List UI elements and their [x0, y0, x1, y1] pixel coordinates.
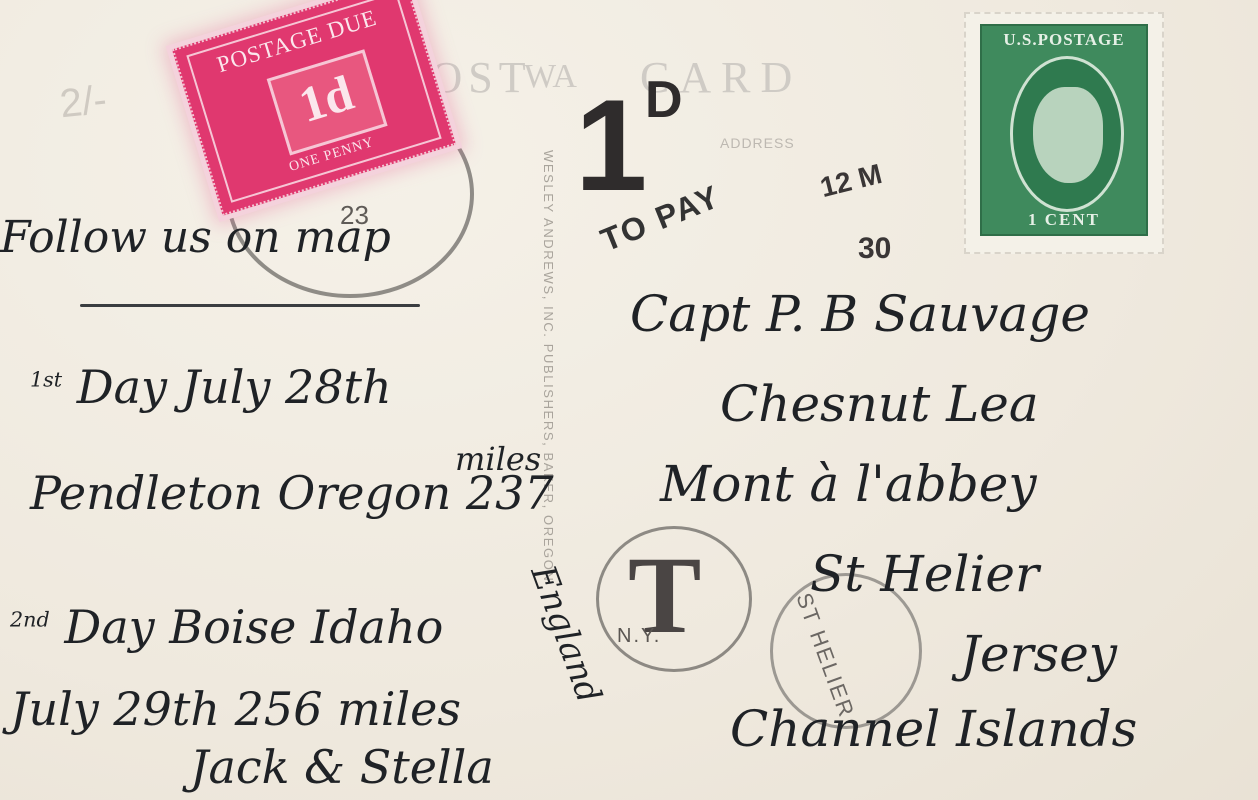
message-signature: Jack & Stella	[190, 740, 494, 794]
underline-divider	[80, 304, 420, 307]
us-stamp-value: 1 CENT	[982, 210, 1146, 230]
postage-due-value: 1d	[272, 57, 381, 141]
pencil-price-note: 2/-	[58, 78, 109, 128]
message-line-2: 1st Day July 28th	[30, 360, 392, 414]
printed-address-label: ADDRESS	[720, 135, 795, 151]
message-line-3: Pendleton Oregon 237	[30, 466, 554, 520]
address-country: England	[522, 560, 609, 708]
publisher-logo-icon: WA	[524, 58, 577, 96]
message-line-5: July 29th 256 miles	[10, 682, 461, 736]
address-line-5: Jersey	[960, 625, 1117, 683]
postcard-back: 2/- POST WA CARD ADDRESS WESLEY ANDREWS,…	[0, 0, 1258, 800]
address-line-6: Channel Islands	[730, 700, 1137, 758]
address-line-4: St Helier	[810, 545, 1039, 603]
address-line-1: Capt P. B Sauvage	[630, 285, 1090, 343]
postmark-time: 12 M	[817, 158, 885, 204]
t-tax-subtext: N.Y.	[617, 625, 661, 648]
us-postage-stamp: U.S.POSTAGE 1 CENT	[964, 12, 1164, 254]
us-stamp-top-text: U.S.POSTAGE	[982, 30, 1146, 50]
postmark-day: 30	[858, 232, 891, 266]
message-line-4: 2nd Day Boise Idaho	[10, 600, 443, 654]
message-line-1: Follow us on map	[0, 212, 391, 263]
address-line-3: Mont à l'abbey	[660, 455, 1037, 513]
washington-portrait-icon	[1010, 56, 1124, 212]
address-line-2: Chesnut Lea	[720, 375, 1039, 433]
